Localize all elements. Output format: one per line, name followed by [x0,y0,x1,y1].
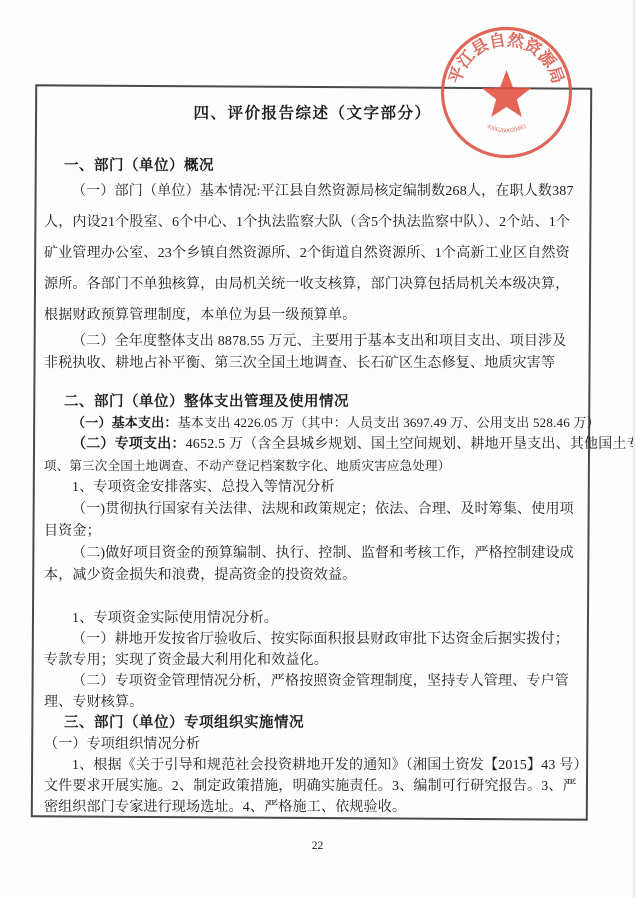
text-line: 非税执收、耕地占补平衡、第三次全国土地调查、长石矿区生态修复、地质灾害等 [44,353,581,375]
seal-star-icon [482,70,531,117]
page-number: 22 [0,840,635,852]
text-line: （一)贯彻执行国家有关法律、法规和政策规定；依法、合理、及时筹集、使用项 [44,499,581,521]
document-body: 一、部门（单位）概况（一）部门（单位）基本情况:平江县自然资源局核定编制数268… [44,156,581,818]
text-line: 1、专项资金安排落实、总投入等情况分析 [44,477,581,499]
section-heading: 二、部门（单位）整体支出管理及使用情况 [44,392,581,412]
text-line: 项、第三次全国土地调查、不动产登记档案数字化、地质灾害应急处理） [44,456,581,477]
text-line: 密组织部门专家进行现场选址。4、严格施工、依规验收。 [44,797,581,818]
text-line: 根据财政预算管理制度，本单位为县一级预算单。 [44,300,581,331]
svg-text:4306260020483: 4306260020483 [486,123,527,135]
text-line: （一）部门（单位）基本情况:平江县自然资源局核定编制数268人，在职人数387 [44,176,581,207]
text-line: （一）耕地开发按省厅验收后、按实际面积报县财政审批下达资金后据实拨付； [44,629,581,650]
text-line: （二)做好项目资金的预算编制、执行、控制、监督和考核工作，严格控制建设成 [44,543,581,565]
official-seal: 平江县自然资源局 4306260020483 [434,20,579,165]
text-line: 人，内设21个股室、6个中心、1个执法监察大队（含5个执法监察中队）、2个站、1… [44,207,581,238]
seal-code-text: 4306260020483 [486,123,527,135]
text-line: （一）专项组织情况分析 [44,734,581,755]
spacer [44,587,581,608]
line-lead: （二）专项支出： [72,437,186,452]
section-heading: 三、部门（单位）专项组织实施情况 [44,713,581,734]
content-area: 四、评价报告综述（文字部分） 一、部门（单位）概况（一）部门（单位）基本情况:平… [44,94,581,818]
document-page: 平江县自然资源局 4306260020483 四、评价报告综述（文字部分） 一、… [0,0,635,898]
line-lead: （一）基本支出： [72,415,178,430]
text-line: 源所。各部门不单独核算，由局机关统一收支核算，部门决算包括局机关本级决算， [44,269,581,300]
text-line: 本，减少资金损失和浪费，提高资金的投资效益。 [44,565,581,587]
text-line: （一）基本支出：基本支出 4226.05 万（其中：人员支出 3697.49 万… [44,412,581,434]
text-line: （二）全年度整体支出 8878.55 万元、主要用于基本支出和项目支出、项目涉及 [44,331,581,353]
text-line: 目资金； [44,521,581,543]
text-line: 1、根据《关于引导和规范社会投资耕地开发的通知》（湘国土资发【2015】43 号… [44,755,581,776]
content-box: 四、评价报告综述（文字部分） 一、部门（单位）概况（一）部门（单位）基本情况:平… [33,86,590,819]
text-line: （二）专项资金管理情况分析，严格按照资金管理制度，坚持专人管理、专户管 [44,671,581,692]
text-line: （二）专项支出：4652.5 万（含全县城乡规划、国土空间规划、耕地开垦支出、其… [44,434,581,456]
text-line: 文件要求开展实施。2、制定政策措施，明确实施责任。3、编制可行研究报告。3、严 [44,776,581,797]
text-line: 1、专项资金实际使用情况分析。 [44,608,581,629]
text-line: 理、专财核算。 [44,692,581,713]
text-line: 矿业管理办公室、23个乡镇自然资源所、2个街道自然资源所、1个高新工业区自然资 [44,238,581,269]
text-line: 专款专用；实现了资金最大利用化和效益化。 [44,650,581,671]
